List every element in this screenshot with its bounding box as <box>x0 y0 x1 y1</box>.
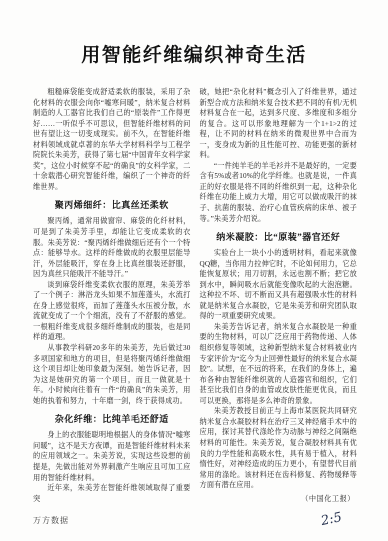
paragraph: 粗糙麻袋能变成舒适柔软的服装，采用了杂化材料的衣服会向你“嘘寒问暖”，纳米复合材… <box>33 87 191 192</box>
source-attribution: （中国化工报） <box>200 494 356 504</box>
section-heading: 杂化纤维：比纯羊毛还舒适 <box>33 412 191 425</box>
right-column: 破，她把“杂化材料”概念引入了纤维世界，通过新型合成方法和纳米复合技术把不同的有… <box>200 87 358 504</box>
paragraph: 近年来，朱美芳在智能纤维领域取得了重要突 <box>33 483 191 504</box>
section-heading: 聚丙烯细纤：比真丝还柔软 <box>33 198 191 211</box>
handwritten-annotation: 2:5 <box>320 510 344 529</box>
article-body: 粗糙麻袋能变成舒适柔软的服装，采用了杂化材料的衣服会向你“嘘寒问暖”，纳米复合材… <box>0 87 388 504</box>
document-page: 用智能纤维编织神奇生活 粗糙麻袋能变成舒适柔软的服装，采用了杂化材料的衣服会向你… <box>0 0 388 541</box>
paragraph: “一件纯羊毛的羊毛衫并不是最好的，一定要含有5%或者10%的化学纤维。也就是说，… <box>200 161 358 224</box>
article-title: 用智能纤维编织神奇生活 <box>0 0 388 87</box>
left-column: 粗糙麻袋能变成舒适柔软的服装，采用了杂化材料的衣服会向你“嘘寒问暖”，纳米复合材… <box>33 87 191 504</box>
paragraph: 从事教学科研20多年的朱美芳，先后做过30多项国家和地方的项目，但是将聚丙烯纤维… <box>33 343 191 406</box>
watermark-text: 万方数据 <box>33 515 69 526</box>
paragraph: 朱美芳告诉记者，纳米复合水凝胶是一种重要的生物材料，可以广泛应用于药物传递、人体… <box>200 322 358 406</box>
paragraph: 谈到麻袋纤维变柔软衣服的原理，朱美芳举了一个例子：淋浴龙头如果不加莲蓬头，水流打… <box>33 280 191 343</box>
section-heading: 纳米凝胶：比“原装”器官还好 <box>200 230 358 243</box>
paragraph: 实验台上一块小小的透明材料，看起来就像QQ糖，当你用力拉伸它时，不论如何用力，它… <box>200 248 358 322</box>
paragraph-continuation: 破，她把“杂化材料”概念引入了纤维世界，通过新型合成方法和纳米复合技术把不同的有… <box>200 87 358 161</box>
paragraph: 聚丙烯，通常用做窗帘、麻袋的化纤材料，可是到了朱美芳手里，却能让它变成柔软的衣服… <box>33 216 191 279</box>
paragraph: 朱美芳教授目前正与上海市某医院共同研究纳米复合水凝胶材料在治疗三叉神经痛手术中的… <box>200 406 358 490</box>
paragraph: 身上的衣服能聪明地根据人的身体情况“嘘寒问暖”，这不是天方夜谭，而是智能纤维材料… <box>33 430 191 483</box>
